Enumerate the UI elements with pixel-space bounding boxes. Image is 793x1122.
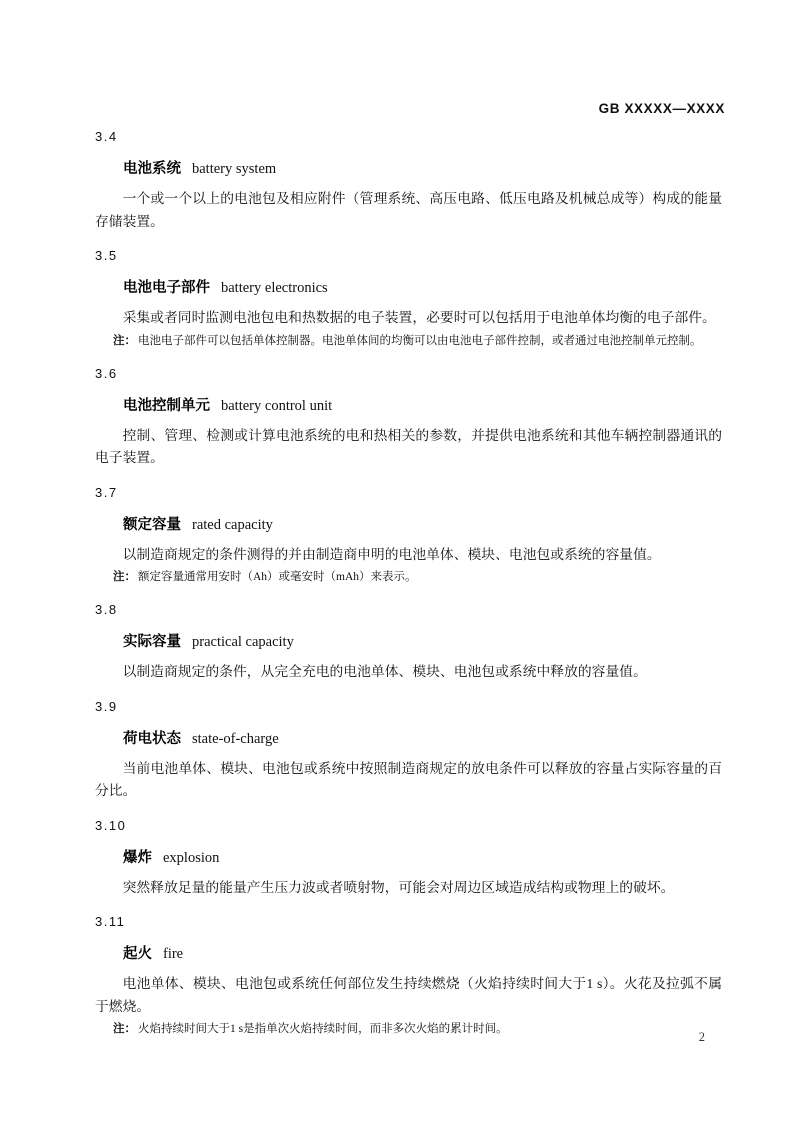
note-body: 火焰持续时间大于1 s是指单次火焰持续时间，而非多次火焰的累计时间。 (138, 1023, 508, 1035)
standard-document-page: GB XXXXX—XXXX 3.4 电池系统 battery system 一个… (0, 0, 793, 1122)
term-chinese: 电池电子部件 (123, 280, 210, 296)
term-heading: 实际容量 practical capacity (123, 632, 722, 652)
term-english: state-of-charge (192, 731, 279, 747)
term-heading: 电池控制单元 battery control unit (123, 396, 722, 416)
definition-section-3-11: 3.11 起火 fire 电池单体、模块、电池包或系统任何部位发生持续燃烧（火焰… (95, 912, 722, 1039)
definition-text: 一个或一个以上的电池包及相应附件（管理系统、高压电路、低压电路及机械总成等）构成… (95, 188, 722, 233)
definition-section-3-8: 3.8 实际容量 practical capacity 以制造商规定的条件，从完… (95, 600, 722, 684)
note-label: 注： (113, 571, 136, 583)
definition-section-3-6: 3.6 电池控制单元 battery control unit 控制、管理、检测… (95, 364, 722, 470)
definition-text: 当前电池单体、模块、电池包或系统中按照制造商规定的放电条件可以释放的容量占实际容… (95, 758, 722, 803)
term-heading: 爆炸 explosion (123, 848, 722, 868)
definition-section-3-10: 3.10 爆炸 explosion 突然释放足量的能量产生压力波或者喷射物，可能… (95, 816, 722, 900)
term-english: practical capacity (192, 634, 294, 650)
term-heading: 荷电状态 state-of-charge (123, 729, 722, 749)
definition-text: 采集或者同时监测电池包电和热数据的电子装置，必要时可以包括用于电池单体均衡的电子… (95, 307, 722, 330)
definitions-content: 3.4 电池系统 battery system 一个或一个以上的电池包及相应附件… (95, 118, 722, 1039)
definition-text: 以制造商规定的条件测得的并由制造商申明的电池单体、模块、电池包或系统的容量值。 (95, 544, 722, 567)
term-chinese: 实际容量 (123, 634, 181, 650)
definition-section-3-7: 3.7 额定容量 rated capacity 以制造商规定的条件测得的并由制造… (95, 483, 722, 588)
term-english: battery electronics (221, 280, 328, 296)
clause-number: 3.5 (95, 246, 722, 265)
term-chinese: 电池控制单元 (123, 398, 210, 414)
note-label: 注： (113, 335, 136, 347)
term-english: battery system (192, 161, 276, 177)
doc-code-header: GB XXXXX—XXXX (599, 101, 725, 117)
definition-section-3-9: 3.9 荷电状态 state-of-charge 当前电池单体、模块、电池包或系… (95, 697, 722, 803)
note-text: 注：火焰持续时间大于1 s是指单次火焰持续时间，而非多次火焰的累计时间。 (113, 1019, 722, 1039)
term-heading: 电池电子部件 battery electronics (123, 278, 722, 298)
term-heading: 起火 fire (123, 944, 722, 964)
term-english: explosion (163, 850, 219, 866)
page-number: 2 (699, 1030, 705, 1045)
note-text: 注：额定容量通常用安时（Ah）或毫安时（mAh）来表示。 (113, 567, 722, 587)
term-english: battery control unit (221, 398, 332, 414)
term-english: rated capacity (192, 517, 273, 533)
clause-number: 3.10 (95, 816, 722, 835)
term-heading: 额定容量 rated capacity (123, 515, 722, 535)
term-english: fire (163, 946, 183, 962)
clause-number: 3.4 (95, 127, 722, 146)
definition-text: 控制、管理、检测或计算电池系统的电和热相关的参数，并提供电池系统和其他车辆控制器… (95, 425, 722, 470)
definition-text: 以制造商规定的条件，从完全充电的电池单体、模块、电池包或系统中释放的容量值。 (95, 661, 722, 684)
definition-text: 电池单体、模块、电池包或系统任何部位发生持续燃烧（火焰持续时间大于1 s）。火花… (95, 973, 722, 1018)
term-heading: 电池系统 battery system (123, 159, 722, 179)
clause-number: 3.11 (95, 912, 722, 931)
term-chinese: 爆炸 (123, 850, 152, 866)
note-body: 额定容量通常用安时（Ah）或毫安时（mAh）来表示。 (138, 571, 417, 583)
term-chinese: 起火 (123, 946, 152, 962)
clause-number: 3.6 (95, 364, 722, 383)
clause-number: 3.7 (95, 483, 722, 502)
note-body: 电池电子部件可以包括单体控制器。电池单体间的均衡可以由电池电子部件控制，或者通过… (138, 335, 702, 347)
term-chinese: 荷电状态 (123, 731, 181, 747)
note-label: 注： (113, 1023, 136, 1035)
definition-text: 突然释放足量的能量产生压力波或者喷射物，可能会对周边区域造成结构或物理上的破坏。 (95, 877, 722, 900)
term-chinese: 电池系统 (123, 161, 181, 177)
term-chinese: 额定容量 (123, 517, 181, 533)
definition-section-3-4: 3.4 电池系统 battery system 一个或一个以上的电池包及相应附件… (95, 127, 722, 233)
clause-number: 3.9 (95, 697, 722, 716)
clause-number: 3.8 (95, 600, 722, 619)
note-text: 注：电池电子部件可以包括单体控制器。电池单体间的均衡可以由电池电子部件控制，或者… (113, 331, 722, 351)
definition-section-3-5: 3.5 电池电子部件 battery electronics 采集或者同时监测电… (95, 246, 722, 351)
